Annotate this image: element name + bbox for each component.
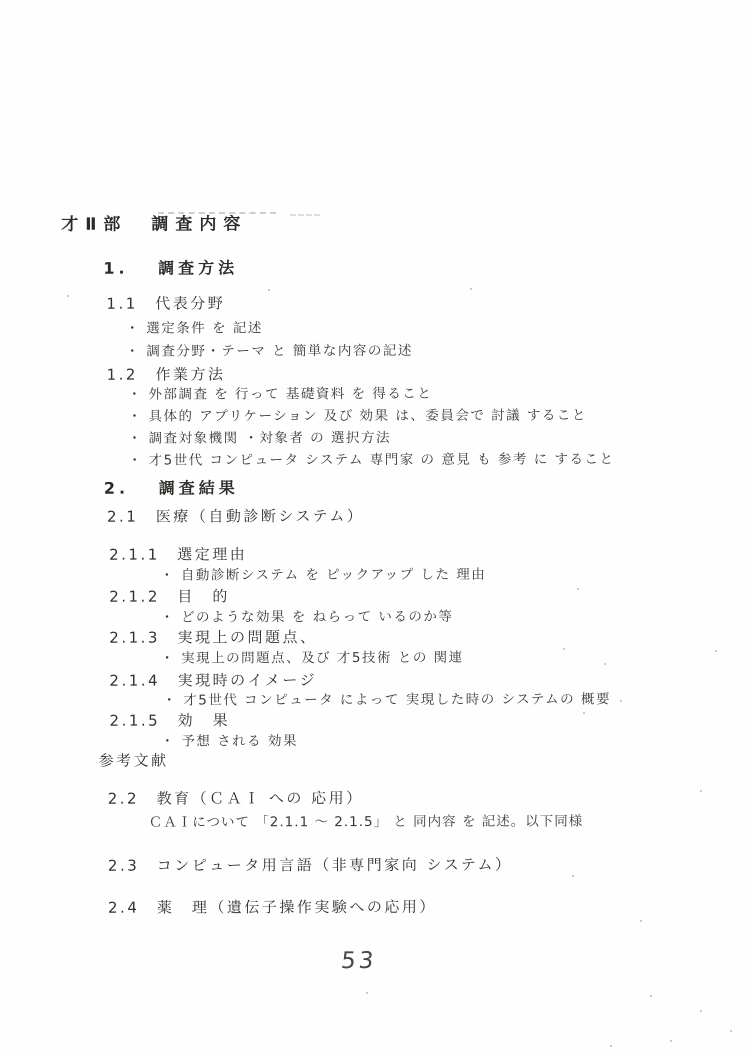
bullet-item: ・ 具体的 アプリケーション 及び 効果 は、委員会で 討議 すること [128, 407, 587, 424]
bullet-item: ・ 調査分野・テーマ と 簡単な内容の記述 [126, 343, 413, 360]
scan-speck [715, 650, 717, 652]
section-2-1-1-heading: 2.1.1 選定理由 [109, 545, 247, 563]
scan-speck [700, 790, 702, 792]
scan-speck [640, 920, 642, 922]
section-2-2-heading: 2.2 教育（ＣＡＩ への 応用） [108, 789, 364, 808]
section-2-1-4-heading: 2.1.4 実現時のイメージ [109, 671, 317, 690]
scan-speck [563, 648, 565, 650]
section-2-4-heading: 2.4 薬 理（遺伝子操作実験への応用） [108, 898, 437, 917]
section-1-heading: 1. 調査方法 [103, 258, 238, 278]
bullet-item: ・ どのような効果 を ねらって いるのか等 [160, 609, 453, 626]
scan-speck [730, 1030, 732, 1032]
bullet-item: ・ 才5世代 コンピュータ によって 実現した時の システムの 概要 [162, 691, 611, 708]
scan-speck [610, 1045, 612, 1047]
bullet-item: ・ 調査対象機関 ・対象者 の 選択方法 [128, 430, 391, 447]
section-1-1-heading: 1.1 代表分野 [106, 294, 225, 312]
scan-speck [366, 992, 368, 994]
scan-speck [572, 875, 574, 877]
section-2-1-heading: 2.1 医療（自動診断システム） [107, 507, 364, 526]
references-label: 参考文献 [99, 752, 169, 770]
document-title: 才Ⅱ部 調査内容 [61, 214, 247, 235]
bullet-item: ・ 外部調査 を 行って 基礎資料 を 得ること [128, 386, 433, 403]
section-2-1-3-heading: 2.1.3 実現上の問題点、 [109, 628, 317, 647]
scan-speck [700, 1010, 702, 1012]
section-2-1-2-heading: 2.1.2 目 的 [109, 587, 230, 605]
bullet-item: ・ 実現上の問題点、及び 才5技術 との 関連 [160, 650, 463, 667]
page-number: 53 [340, 948, 378, 974]
bullet-item: ・ 予想 される 効果 [161, 733, 298, 750]
section-1-2-heading: 1.2 作業方法 [107, 365, 226, 383]
scan-speck [583, 712, 585, 714]
scan-speck [470, 288, 472, 290]
scan-speck [620, 700, 622, 702]
bullet-item: ・ 自動診断システム を ピックアップ した 理由 [160, 567, 486, 584]
scan-speck [650, 995, 652, 997]
bullet-item: ・ 選定条件 を 記述 [125, 320, 262, 337]
section-2-2-note: ＣＡＩについて 「2.1.1 ～ 2.1.5」 と 同内容 を 記述。以下同様 [149, 813, 584, 830]
section-2-1-5-heading: 2.1.5 効 果 [109, 711, 230, 729]
section-2-heading: 2. 調査結果 [104, 478, 239, 498]
scan-speck [268, 289, 270, 291]
section-2-3-heading: 2.3 コンピュータ用言語（非専門家向 システム） [108, 856, 513, 875]
scan-speck [670, 1040, 672, 1042]
scan-speck [67, 295, 69, 297]
bullet-item: ・ 才5世代 コンピュータ システム 専門家 の 意見 も 参考 に すること [128, 451, 615, 468]
scan-speck [604, 663, 606, 665]
scan-speck [577, 588, 579, 590]
handwritten-text-layer: 才Ⅱ部 調査内容 1. 調査方法 1.1 代表分野 ・ 選定条件 を 記述 ・ … [0, 0, 750, 1054]
scanned-document-page: 才Ⅱ部 調査内容 1. 調査方法 1.1 代表分野 ・ 選定条件 を 記述 ・ … [0, 0, 750, 1054]
